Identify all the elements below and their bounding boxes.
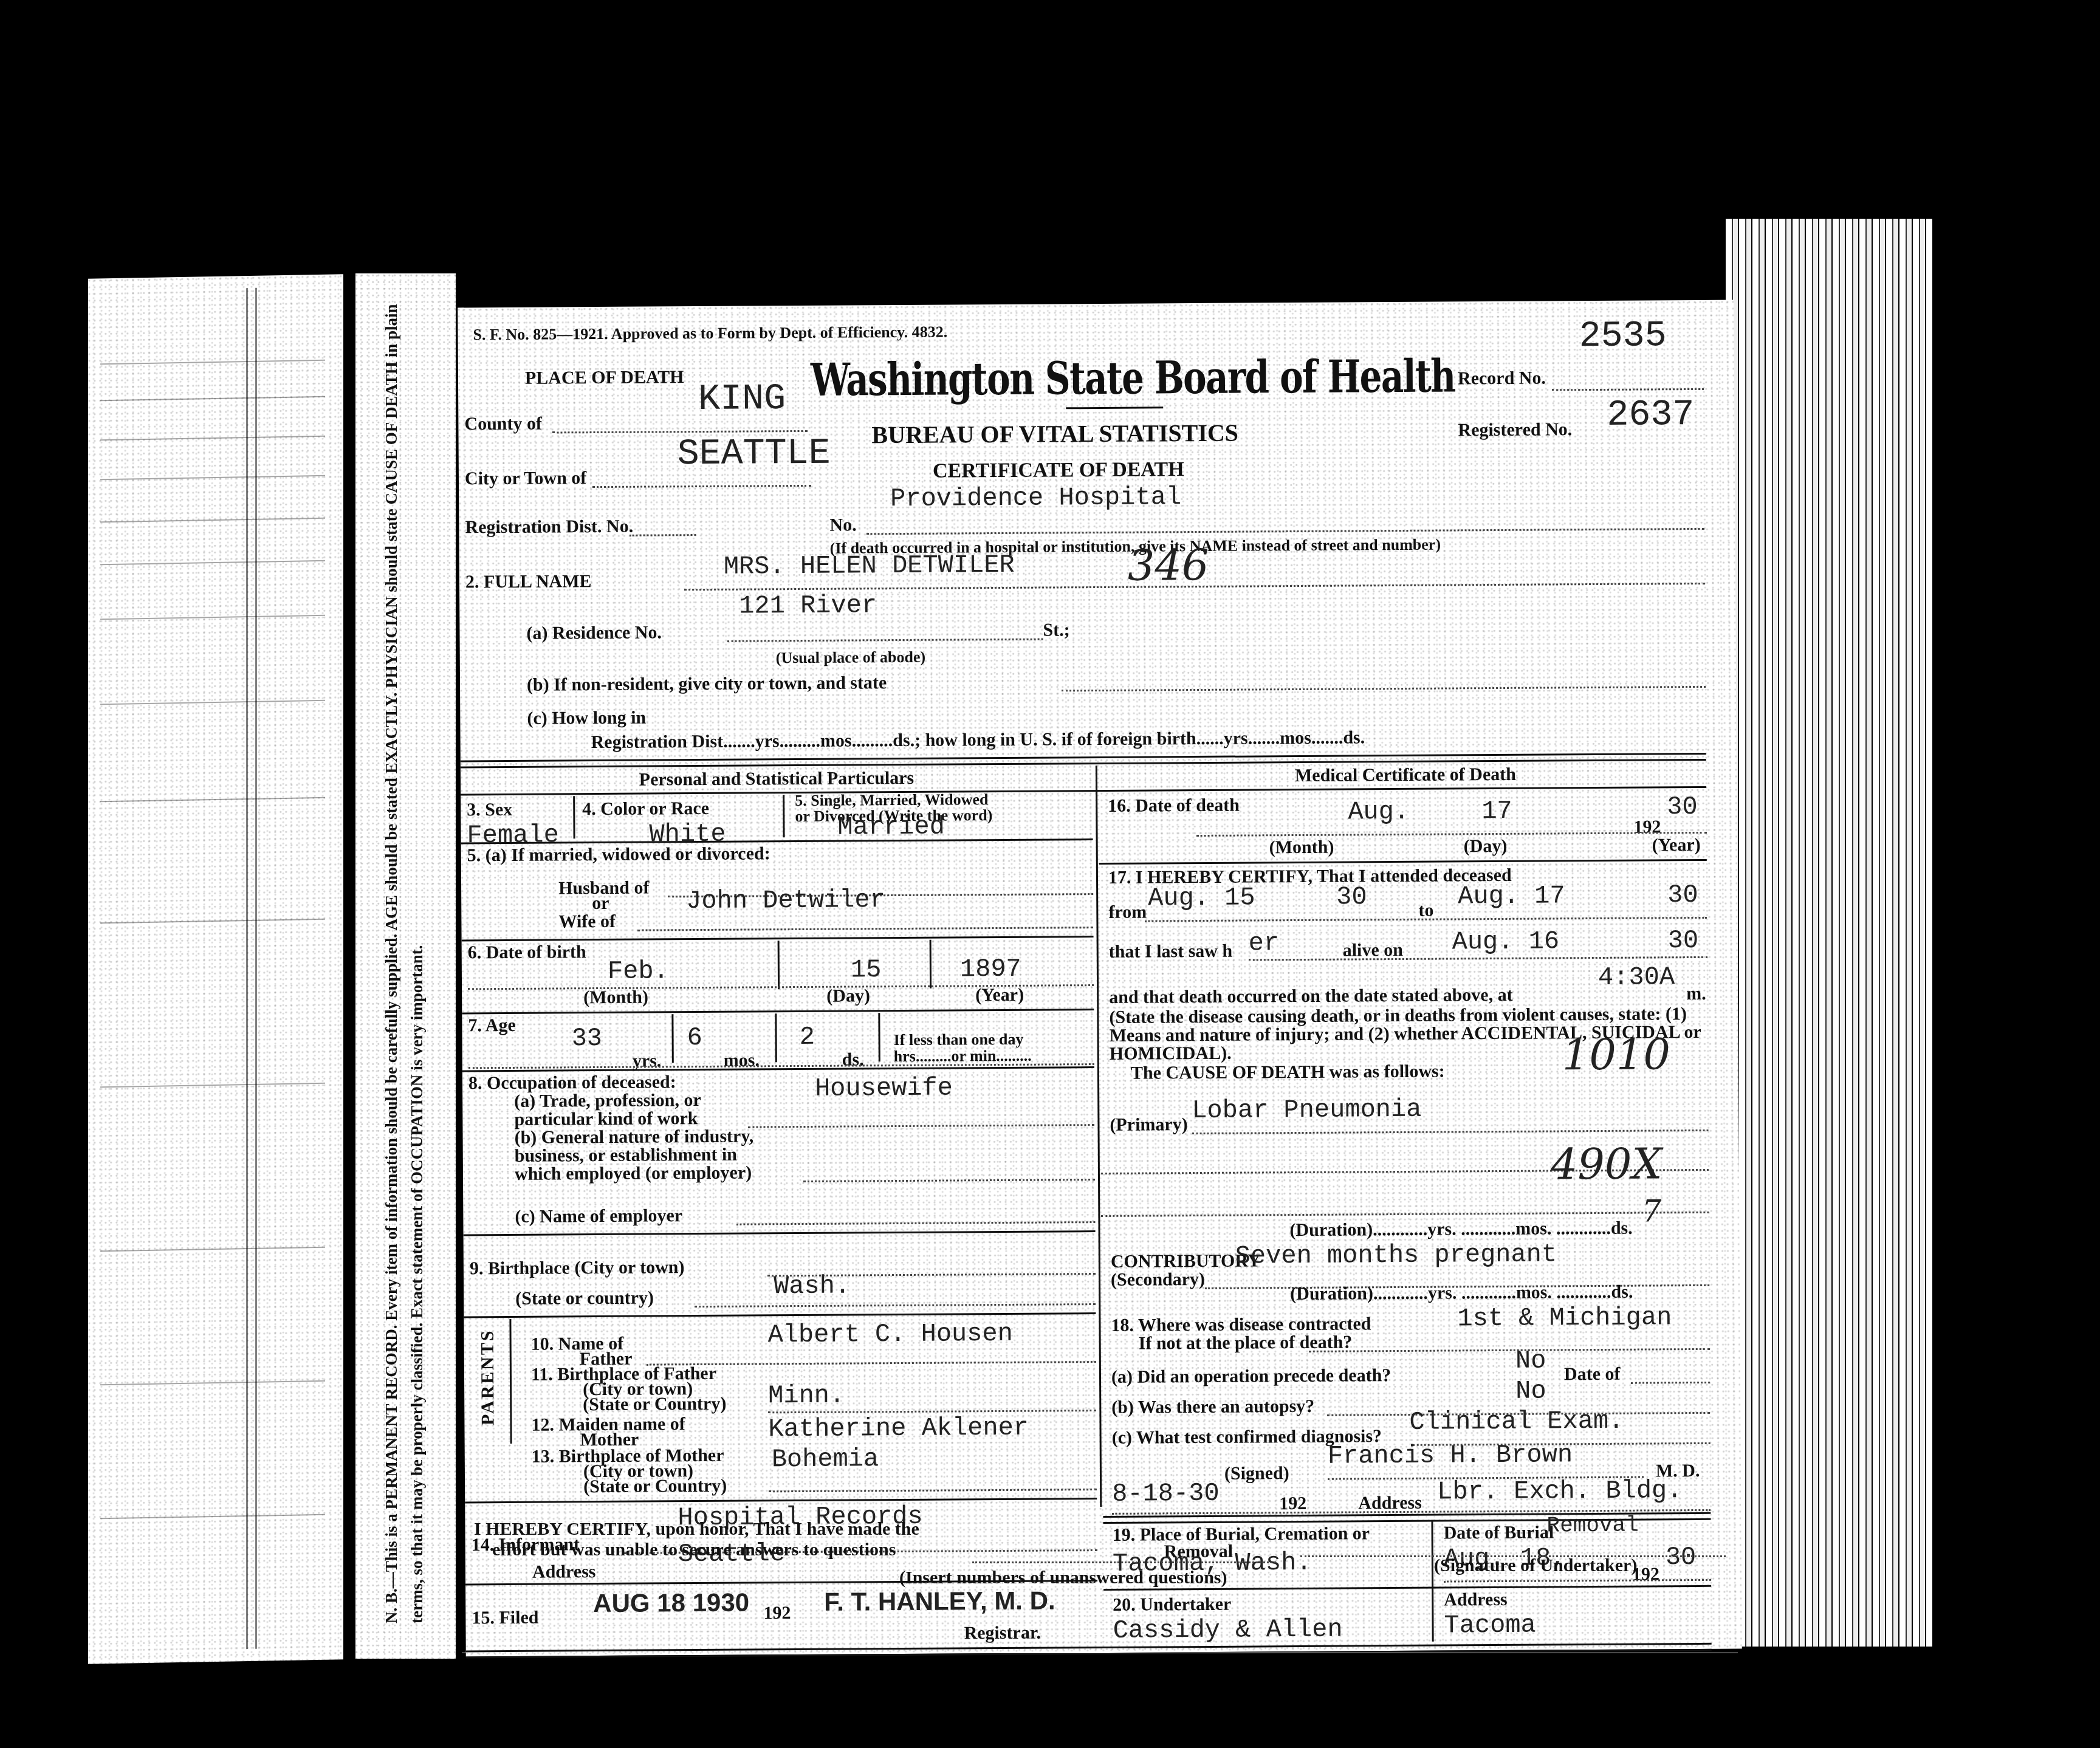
- employer-label: (c) Name of employer: [515, 1205, 682, 1227]
- stub-rule: [100, 700, 325, 705]
- operation-value: No: [1515, 1346, 1546, 1376]
- medical-heading: Medical Certificate of Death: [1105, 763, 1706, 787]
- record-no-line: [1552, 388, 1704, 391]
- place-of-death-heading: PLACE OF DEATH: [525, 367, 684, 389]
- time-of-death-label: and that death occurred on the date stat…: [1109, 985, 1513, 1008]
- industry-label-3: which employed (or employer): [515, 1163, 752, 1185]
- birthplace-label-1: 9. Birthplace (City or town): [470, 1257, 685, 1279]
- physician-address-value: Lbr. Exch. Bldg.: [1437, 1476, 1683, 1506]
- registrar-stamp: F. T. HANLEY, M. D.: [824, 1586, 1055, 1616]
- burial-date-line: [1444, 1579, 1711, 1583]
- autopsy-label: (b) Was there an autopsy?: [1111, 1396, 1314, 1418]
- father-name-value: Albert C. Housen: [767, 1319, 1013, 1349]
- age-months-value: 6: [687, 1023, 702, 1052]
- cell-divider: [775, 1013, 777, 1062]
- disease-contracted-value: 1st & Michigan: [1457, 1303, 1672, 1333]
- city-label: City or Town of: [465, 468, 587, 489]
- city-value: SEATTLE: [678, 433, 831, 476]
- from-label: from: [1108, 902, 1147, 923]
- form-number: S. F. No. 825—1921. Approved as to Form …: [473, 323, 947, 344]
- stub-rule: [100, 396, 325, 401]
- registered-number-value: 2637: [1607, 394, 1694, 436]
- undertaker-label: 20. Undertaker: [1113, 1594, 1231, 1616]
- operation-date-label: Date of: [1564, 1364, 1621, 1385]
- title-rule: [1066, 406, 1163, 409]
- sex-label: 3. Sex: [467, 800, 512, 820]
- previous-page-stub: [88, 274, 343, 1664]
- birthplace-line-2: [695, 1303, 1096, 1308]
- dod-day-value: 17: [1481, 797, 1512, 826]
- secondary-label: (Secondary): [1111, 1269, 1205, 1290]
- attended-from-date: Aug. 15: [1148, 883, 1255, 913]
- row-rule: [1099, 859, 1707, 865]
- stub-rule: [100, 560, 325, 565]
- occupation-value: Housewife: [815, 1073, 953, 1103]
- father-state-label: (State or Country): [583, 1394, 726, 1415]
- bureau-heading: BUREAU OF VITAL STATISTICS: [871, 419, 1238, 450]
- dod-day-caption: (Day): [1464, 836, 1508, 857]
- dod-month-value: Aug.: [1348, 797, 1409, 827]
- operation-date-line: [1631, 1382, 1710, 1384]
- cell-divider: [573, 796, 575, 838]
- mother-birthplace-value: Bohemia: [772, 1444, 879, 1474]
- residence-value: 121 River: [739, 591, 877, 620]
- row-rule: [462, 1009, 1094, 1014]
- city-line: [592, 485, 811, 488]
- dod-year-caption: (Year): [1652, 835, 1701, 855]
- undertaker-signature-caption: (Signature of Undertaker): [1434, 1555, 1637, 1576]
- cell-divider: [878, 1013, 880, 1061]
- column-divider: [1096, 766, 1102, 1507]
- personal-heading: Personal and Statistical Particulars: [461, 767, 1093, 791]
- cause-code-2: 490X: [1551, 1139, 1662, 1189]
- record-no-label: Record No.: [1458, 368, 1546, 389]
- nonresident-label: (b) If non-resident, give city or town, …: [527, 673, 887, 696]
- primary-cause-label: (Primary): [1110, 1114, 1187, 1136]
- parents-divider: [509, 1319, 512, 1444]
- permanent-record-note: N. B.—This is a PERMANENT RECORD. Every …: [379, 287, 430, 1623]
- stub-rule: [100, 436, 325, 440]
- certify-line-2: effort but was unable to secure answers …: [474, 1540, 919, 1560]
- cause-of-death-label: The CAUSE OF DEATH was as follows:: [1131, 1061, 1445, 1084]
- autopsy-value: No: [1515, 1377, 1546, 1406]
- contributory-value: Seven months pregnant: [1235, 1239, 1557, 1270]
- number-label: No.: [829, 515, 856, 535]
- dod-year-value: 30: [1667, 792, 1698, 821]
- institution-value: Providence Hospital: [890, 482, 1181, 513]
- nonresident-line: [1062, 686, 1706, 691]
- secondary-duration-label: (Duration)............yrs. ............m…: [1290, 1282, 1633, 1304]
- last-saw-pronoun: er: [1249, 928, 1280, 958]
- parents-label: PARENTS: [478, 1329, 499, 1425]
- dob-month-value: Feb.: [608, 956, 669, 986]
- employer-line: [736, 1221, 1095, 1225]
- undertaker-address-value: Tacoma: [1444, 1611, 1536, 1640]
- operation-label: (a) Did an operation precede death?: [1111, 1365, 1391, 1388]
- residence-note: (Usual place of abode): [776, 648, 925, 668]
- stub-rule: [100, 797, 325, 802]
- wife-label: Wife of: [558, 911, 616, 933]
- age-days-value: 2: [799, 1023, 815, 1052]
- month-caption: (Month): [583, 987, 648, 1009]
- full-name-label: 2. FULL NAME: [465, 571, 592, 592]
- primary-cause-line-3: [1101, 1212, 1709, 1217]
- time-of-death-value: 4:30A: [1598, 962, 1675, 992]
- registered-no-label: Registered No.: [1458, 419, 1572, 440]
- cell-divider: [1431, 1520, 1433, 1642]
- burial-date-overtype: Removal: [1546, 1513, 1638, 1538]
- signed-date-value: 8-18-30: [1112, 1479, 1220, 1509]
- marital-value: Married: [837, 812, 945, 842]
- hours-minutes-label: hrs.........or min.........: [894, 1047, 1032, 1066]
- stub-rule: [100, 518, 325, 523]
- primary-cause-value: Lobar Pneumonia: [1192, 1095, 1421, 1125]
- informant-address-label: Address: [532, 1561, 596, 1583]
- stub-rule: [100, 1514, 325, 1519]
- full-name-annotation: 346: [1128, 540, 1209, 591]
- county-label: County of: [464, 414, 542, 435]
- time-suffix: m.: [1686, 984, 1706, 1004]
- last-saw-date: Aug. 16: [1452, 927, 1560, 956]
- physician-signature: Francis H. Brown: [1328, 1440, 1573, 1470]
- residence-line: [727, 639, 1043, 642]
- street-suffix: St.;: [1043, 620, 1069, 640]
- last-saw-year: 30: [1667, 926, 1698, 955]
- mother-birthplace-line: [769, 1489, 1097, 1492]
- mother-state-label: (State or Country): [583, 1476, 727, 1497]
- record-number-value: 2535: [1579, 315, 1666, 357]
- undertaker-certification: I HEREBY CERTIFY, upon honor, That I hav…: [474, 1519, 919, 1560]
- age-years-value: 33: [571, 1024, 602, 1053]
- cell-divider: [778, 941, 780, 989]
- instruction-strip: N. B.—This is a PERMANENT RECORD. Every …: [355, 273, 456, 1659]
- contracted-line: [1309, 1348, 1710, 1352]
- filed-year-prefix: 192: [763, 1603, 791, 1623]
- certificate-heading: CERTIFICATE OF DEATH: [933, 458, 1184, 483]
- filed-label: 15. Filed: [472, 1608, 538, 1629]
- row-rule: [464, 1312, 1096, 1318]
- spouse-section-label: 5. (a) If married, widowed or divorced:: [467, 843, 770, 866]
- reg-dist-line: [630, 534, 696, 536]
- undertaker-value: Cassidy & Allen: [1113, 1615, 1342, 1645]
- stub-rule: [100, 360, 325, 365]
- burial-date-label: Date of Burial: [1443, 1522, 1554, 1543]
- how-long-detail: Registration Dist.......yrs.........mos.…: [591, 727, 1365, 753]
- stub-column-rule: [255, 288, 257, 1649]
- page-bottom-edge: [462, 1653, 1738, 1653]
- death-certificate: S. F. No. 825—1921. Approved as to Form …: [458, 300, 1742, 1657]
- full-name-value: MRS. HELEN DETWILER: [724, 550, 1015, 581]
- father-birthplace-line: [768, 1410, 1096, 1413]
- industry-line: [803, 1179, 1095, 1182]
- stub-rule: [100, 1083, 325, 1088]
- wife-line: [637, 927, 1093, 931]
- burial-place-label: 19. Place of Burial, Cremation or: [1112, 1523, 1370, 1546]
- stub-column-rule: [246, 288, 248, 1649]
- birthplace-value: Wash.: [774, 1272, 850, 1301]
- race-label: 4. Color or Race: [582, 798, 709, 820]
- primary-cause-line: [1192, 1129, 1709, 1134]
- page-title: Washington State Board of Health: [811, 350, 1455, 406]
- occupation-line: [748, 1124, 1094, 1128]
- how-long-label: (c) How long in: [527, 708, 646, 729]
- dob-year-value: 1897: [960, 955, 1021, 984]
- institution-line: [866, 528, 1705, 535]
- dob-label: 6. Date of birth: [468, 942, 586, 963]
- registrar-caption: Registrar.: [964, 1623, 1041, 1644]
- dod-month-caption: (Month): [1269, 837, 1334, 859]
- undertaker-address-label: Address: [1444, 1589, 1508, 1611]
- cell-divider: [783, 795, 784, 837]
- father-birthplace-value: Minn.: [768, 1381, 845, 1411]
- cell-divider: [930, 940, 932, 989]
- dob-day-value: 15: [851, 955, 882, 984]
- certify-line-1: I HEREBY CERTIFY, upon honor, That I hav…: [474, 1519, 919, 1540]
- dod-label: 16. Date of death: [1108, 795, 1240, 817]
- cause-code-1: 1010: [1562, 1029, 1671, 1080]
- signed-label: (Signed): [1224, 1463, 1289, 1484]
- age-label: 7. Age: [468, 1015, 516, 1036]
- primary-duration-label: (Duration)............yrs. ............m…: [1289, 1218, 1632, 1241]
- birthplace-label-2: (State or country): [515, 1287, 654, 1309]
- section-divider: [466, 1643, 1712, 1659]
- stub-rule: [100, 1380, 325, 1385]
- cell-divider: [671, 1014, 673, 1063]
- year-caption: (Year): [975, 985, 1024, 1006]
- unanswered-caption: (Insert numbers of unanswered questions): [899, 1568, 1227, 1588]
- page-stack-edges: [1726, 219, 1932, 1647]
- stub-rule: [100, 919, 325, 924]
- stub-rule: [100, 615, 325, 620]
- attended-from-year: 30: [1336, 882, 1367, 911]
- residence-label: (a) Residence No.: [526, 622, 662, 643]
- last-saw-label: that I last saw h: [1109, 941, 1233, 962]
- stub-rule: [100, 1247, 325, 1252]
- last-saw-line: [1249, 956, 1707, 961]
- day-caption: (Day): [826, 985, 870, 1006]
- test-value: Clinical Exam.: [1409, 1407, 1624, 1437]
- unanswered-line: [972, 1561, 1276, 1563]
- burial-year-value: 30: [1666, 1543, 1697, 1572]
- county-value: KING: [698, 379, 786, 420]
- row-rule: [464, 1230, 1096, 1236]
- stub-rule: [100, 475, 325, 480]
- attended-to-date: Aug. 17: [1458, 881, 1565, 911]
- attended-to-year: 30: [1667, 880, 1698, 910]
- primary-duration-days: 7: [1642, 1193, 1661, 1229]
- registration-district-label: Registration Dist. No.: [465, 516, 633, 538]
- dod-line: [1196, 832, 1707, 837]
- filed-date-stamp: AUG 18 1930: [593, 1588, 749, 1619]
- spouse-value: John Detwiler: [686, 885, 885, 916]
- mother-name-value: Katherine Aklener: [768, 1413, 1029, 1444]
